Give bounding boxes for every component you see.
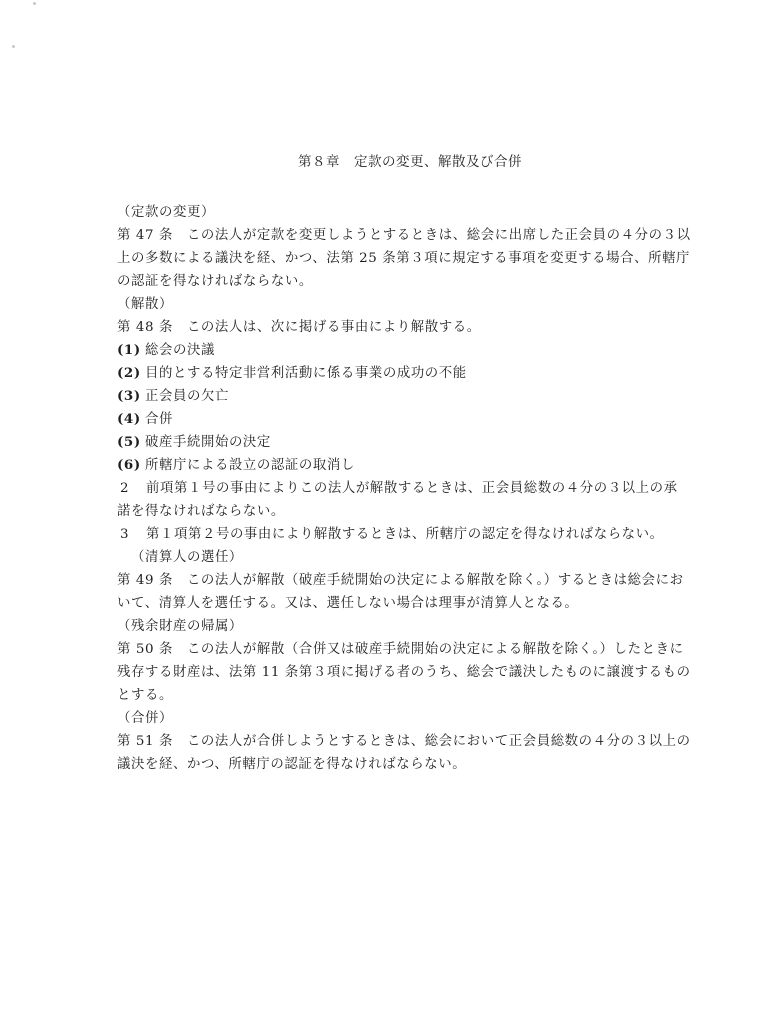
item-number: (2): [117, 362, 145, 385]
article-line: 第 50 条この法人が解散（合併又は破産手続開始の決定による解散を除く。）したと…: [117, 638, 667, 661]
article-text-line: の認証を得なければならない。: [117, 270, 667, 293]
article-text: この法人が解散（合併又は破産手続開始の決定による解散を除く。）したときに: [187, 642, 684, 657]
document-page: 第８章 定款の変更、解散及び合併 （定款の変更） 第 47 条この法人が定款を変…: [0, 0, 780, 1024]
item-text: 所轄庁による設立の認証の取消し: [145, 458, 355, 473]
article-text-line: 残存する財産は、法第 11 条第３項に掲げる者のうち、総会で議決したものに譲渡す…: [117, 661, 667, 684]
section-caption: （残余財産の帰属）: [117, 615, 667, 638]
article-line: 第 49 条この法人が解散（破産手続開始の決定による解散を除く。）するときは総会…: [117, 569, 667, 592]
section-caption: （清算人の選任）: [117, 546, 667, 569]
article-text-line: とする。: [117, 684, 667, 707]
item-text: 目的とする特定非営利活動に係る事業の成功の不能: [145, 366, 467, 381]
article-number: 第 51 条: [117, 734, 173, 749]
chapter-title: 第８章 定款の変更、解散及び合併: [0, 150, 780, 170]
paragraph-line: 2前項第１号の事由によりこの法人が解散するときは、正会員総数の４分の３以上の承: [117, 477, 667, 500]
list-item: (6)所轄庁による設立の認証の取消し: [117, 454, 667, 477]
item-number: (5): [117, 431, 145, 454]
article-text: この法人が合併しようとするときは、総会において正会員総数の４分の３以上の: [187, 734, 691, 749]
article-number: 第 48 条: [117, 320, 173, 335]
list-item: (2)目的とする特定非営利活動に係る事業の成功の不能: [117, 362, 667, 385]
item-number: (4): [117, 408, 145, 431]
item-text: 合併: [145, 412, 173, 427]
item-text: 総会の決議: [145, 343, 215, 358]
paragraph-number: 2: [117, 477, 146, 500]
list-item: (1)総会の決議: [117, 339, 667, 362]
section-caption: （合併）: [117, 707, 667, 730]
paragraph-line: 3第１項第２号の事由により解散するときは、所轄庁の認定を得なければならない。: [117, 523, 667, 546]
item-number: (1): [117, 339, 145, 362]
paragraph-number: 3: [117, 523, 146, 546]
article-text-line: 議決を経、かつ、所轄庁の認証を得なければならない。: [117, 753, 667, 776]
article-number: 第 50 条: [117, 642, 173, 657]
article-line: 第 47 条この法人が定款を変更しようとするときは、総会に出席した正会員の４分の…: [117, 224, 667, 247]
section-caption: （解散）: [117, 293, 667, 316]
item-number: (6): [117, 454, 145, 477]
article-number: 第 49 条: [117, 573, 173, 588]
article-text: この法人が定款を変更しようとするときは、総会に出席した正会員の４分の３以: [187, 228, 691, 243]
scan-speck: [12, 45, 15, 48]
list-item: (4)合併: [117, 408, 667, 431]
section-caption: （定款の変更）: [117, 201, 667, 224]
article-text-line: いて、清算人を選任する。又は、選任しない場合は理事が清算人となる。: [117, 592, 667, 615]
item-text: 破産手続開始の決定: [145, 435, 271, 450]
paragraph-text: 前項第１号の事由によりこの法人が解散するときは、正会員総数の４分の３以上の承: [146, 481, 678, 496]
item-number: (3): [117, 385, 145, 408]
article-text-line: 上の多数による議決を経、かつ、法第 25 条第３項に規定する事項を変更する場合、…: [117, 247, 667, 270]
paragraph-text-line: 諾を得なければならない。: [117, 500, 667, 523]
article-text: この法人が解散（破産手続開始の決定による解散を除く。）するときは総会にお: [187, 573, 684, 588]
paragraph-text: 第１項第２号の事由により解散するときは、所轄庁の認定を得なければならない。: [146, 527, 664, 542]
article-text: この法人は、次に掲げる事由により解散する。: [187, 320, 481, 335]
article-line: 第 51 条この法人が合併しようとするときは、総会において正会員総数の４分の３以…: [117, 730, 667, 753]
list-item: (3)正会員の欠亡: [117, 385, 667, 408]
article-line: 第 48 条この法人は、次に掲げる事由により解散する。: [117, 316, 667, 339]
article-number: 第 47 条: [117, 228, 173, 243]
document-body: （定款の変更） 第 47 条この法人が定款を変更しようとするときは、総会に出席し…: [117, 201, 667, 776]
list-item: (5)破産手続開始の決定: [117, 431, 667, 454]
scan-speck: [33, 2, 36, 5]
item-text: 正会員の欠亡: [145, 389, 229, 404]
